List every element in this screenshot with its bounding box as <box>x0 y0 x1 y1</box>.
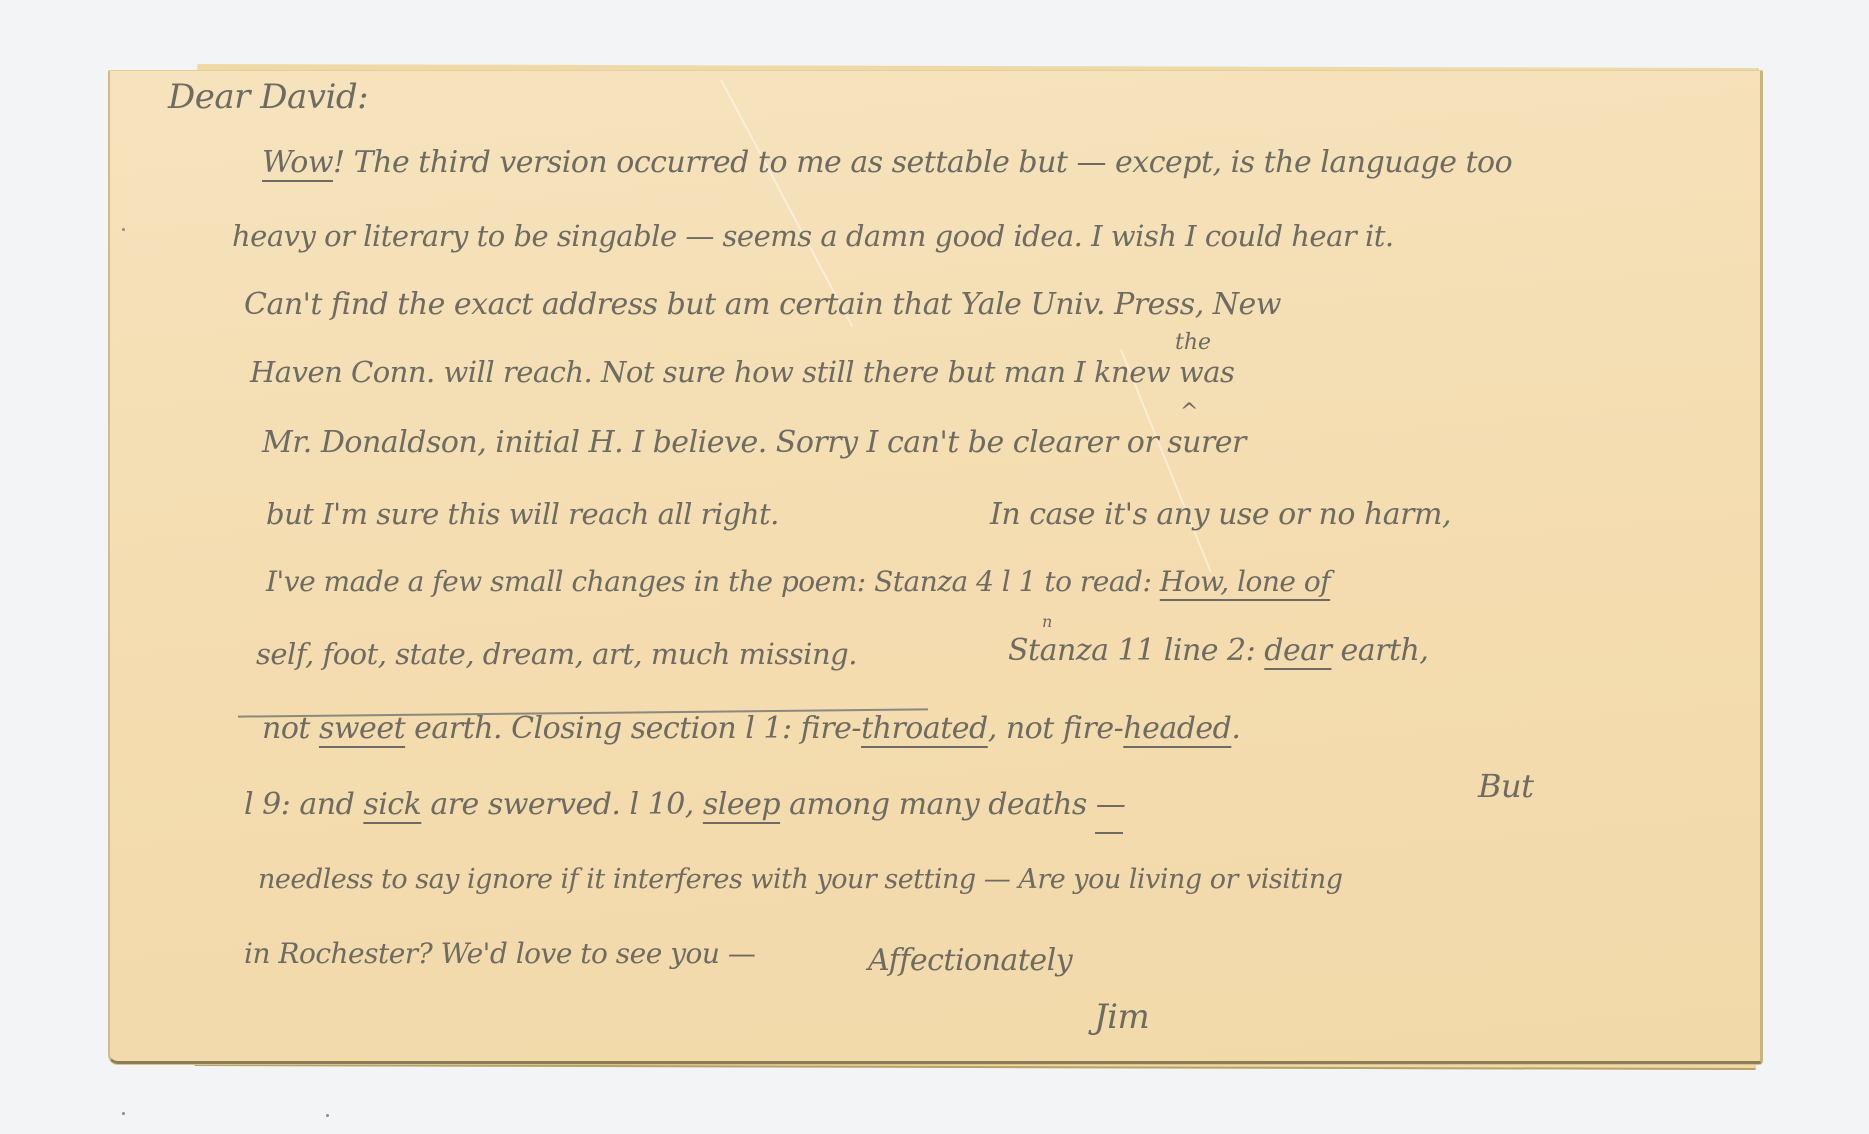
letter-line-7: I've made a few small changes in the poe… <box>266 568 1330 596</box>
closing: Affectionately <box>868 946 1072 976</box>
line-text: earth, <box>1331 633 1428 668</box>
line-text: are swerved. l 10, <box>421 787 703 822</box>
emphasis-sleep: sleep <box>703 787 780 822</box>
paper-speck <box>122 228 125 231</box>
line-text: , not fire- <box>988 711 1123 746</box>
letter-line-5: Mr. Donaldson, initial H. I believe. Sor… <box>262 428 1246 458</box>
letter-line-10: l 9: and sick are swerved. l 10, sleep a… <box>244 790 1125 820</box>
line-text: among many deaths — <box>780 787 1125 822</box>
letter-line-6b: In case it's any use or no harm, <box>990 500 1451 530</box>
line-text: . <box>1231 711 1240 746</box>
letter-line-8: self, foot, state, dream, art, much miss… <box>256 640 857 669</box>
salutation: Dear David: <box>168 80 368 114</box>
line-text: but I'm sure this will reach all right. <box>266 497 779 531</box>
line-text: man I knew was <box>1004 355 1235 389</box>
letter-line-11: needless to say ignore if it interferes … <box>258 866 1343 893</box>
insertion-n: n <box>1042 612 1052 631</box>
letter-line-12: in Rochester? We'd love to see you — <box>244 940 755 968</box>
letter-line-3: Can't find the exact address but am cert… <box>244 290 1281 320</box>
emphasis-wow: Wow <box>262 145 333 180</box>
line-text: earth. Closing section l 1: fire- <box>405 711 861 746</box>
caret-mark: ^ <box>1180 400 1198 425</box>
signature: Jim <box>1094 1000 1149 1034</box>
paper-speck <box>122 1112 125 1115</box>
line-text: self, foot, state, dream, art, much miss… <box>256 637 857 671</box>
line-text: Haven Conn. will reach. Not sure how sti… <box>250 355 1004 389</box>
letter-line-8b: Stanza 11 line 2: dear earth, <box>1008 636 1428 666</box>
emphasis-dear: dear <box>1264 633 1331 668</box>
line-text: Stanza 11 line 2: <box>1008 633 1264 668</box>
letter-line-4: Haven Conn. will reach. Not sure how sti… <box>250 358 1234 387</box>
emphasis-throated: throated <box>861 711 988 746</box>
line-text: ! The third version occurred to me as se… <box>333 145 1512 180</box>
letter-line-1: Wow! The third version occurred to me as… <box>262 148 1512 178</box>
letter-line-6: but I'm sure this will reach all right. <box>266 500 779 529</box>
letter-line-2: heavy or literary to be singable — seems… <box>232 222 1394 251</box>
signature-bar <box>1095 832 1123 834</box>
handwritten-letter: Dear David: Wow! The third version occur… <box>0 0 1869 1134</box>
letter-line-9: not sweet earth. Closing section l 1: fi… <box>262 714 1240 744</box>
line-text: I've made a few small changes in the poe… <box>266 565 1160 598</box>
line-text: l 9: and <box>244 787 363 822</box>
emphasis-headed: headed <box>1123 711 1231 746</box>
letter-line-10b: But <box>1478 770 1533 802</box>
paper-speck <box>326 1114 329 1117</box>
insertion-the: the <box>1175 330 1211 355</box>
emphasis-sick: sick <box>363 787 421 822</box>
emphasis-how-lone-of: How, lone of <box>1160 565 1330 598</box>
